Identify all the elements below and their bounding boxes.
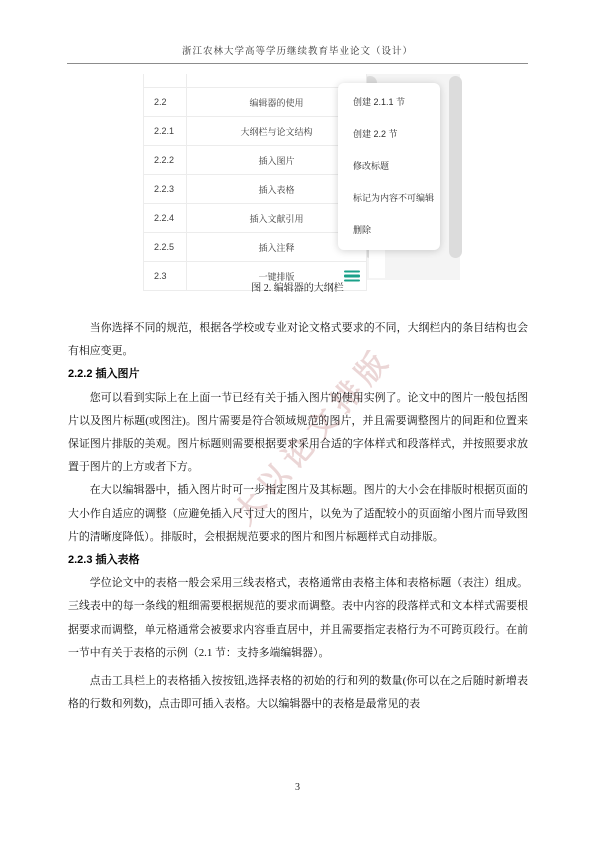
- menu-item-mark-noneditable: 标记为内容不可编辑: [338, 191, 440, 204]
- section-heading-insert-image: 2.2.2 插入图片: [68, 363, 528, 386]
- outline-row-number: 2.2.3: [144, 175, 187, 203]
- outline-row-number: 2.2: [144, 88, 187, 116]
- paragraph: 当你选择不同的规范，根据各学校或专业对论文格式要求的不同，大纲栏内的条目结构也会…: [68, 317, 528, 363]
- body-text: 当你选择不同的规范，根据各学校或专业对论文格式要求的不同，大纲栏内的条目结构也会…: [68, 317, 528, 716]
- outline-row-number: 2.2.4: [144, 204, 187, 232]
- context-menu: 创建 2.1.1 节 创建 2.2 节 修改标题 标记为内容不可编辑 删除: [338, 83, 440, 250]
- hidden-ui-fragment: [369, 250, 385, 278]
- menu-item-edit-title: 修改标题: [338, 159, 440, 172]
- outline-row: 2.2.4 插入文献引用: [144, 204, 366, 233]
- paragraph: 您可以看到实际上在上面一节已经有关于插入图片的使用实例了。论文中的图片一般包括图…: [68, 387, 528, 480]
- outline-row: 2.2.5 插入注释: [144, 233, 366, 262]
- outline-row-number: 2.2.1: [144, 117, 187, 145]
- paragraph: 学位论文中的表格一般会采用三线表格式，表格通常由表格主体和表格标题（表注）组成。…: [68, 572, 528, 665]
- document-page: 浙江农林大学高等学历继续教育毕业论文（设计） 2.2 编辑器的使用 2.2.1 …: [0, 0, 595, 842]
- outline-row: 2.2 编辑器的使用: [144, 88, 366, 117]
- outline-row-number: 2.2.2: [144, 146, 187, 174]
- menu-item-delete: 删除: [338, 223, 440, 236]
- outline-row-number: 2.2.5: [144, 233, 187, 261]
- outline-row-number: [144, 74, 187, 87]
- outline-row: 2.2.2 插入图片: [144, 146, 366, 175]
- outline-row-partial: [144, 74, 366, 88]
- menu-item-create-subsection: 创建 2.1.1 节: [338, 95, 440, 108]
- running-header: 浙江农林大学高等学历继续教育毕业论文（设计）: [67, 43, 528, 64]
- hidden-ui-fragment: [449, 76, 462, 258]
- paragraph: 点击工具栏上的表格插入按按钮,选择表格的初始的行和列的数量(你可以在之后随时新增…: [68, 670, 528, 716]
- section-heading-insert-table: 2.2.3 插入表格: [68, 549, 528, 572]
- outline-table: 2.2 编辑器的使用 2.2.1 大纲栏与论文结构 2.2.2 插入图片 2.2…: [143, 74, 367, 291]
- paragraph: 在大以编辑器中，插入图片时可一步指定图片及其标题。图片的大小会在排版时根据页面的…: [68, 479, 528, 549]
- page-number: 3: [0, 782, 595, 793]
- outline-row: 2.2.1 大纲栏与论文结构: [144, 117, 366, 146]
- figure-caption: 图 2. 编辑器的大纲栏: [0, 279, 595, 294]
- menu-item-create-section: 创建 2.2 节: [338, 127, 440, 140]
- outline-row: 2.2.3 插入表格: [144, 175, 366, 204]
- figure-editor-screenshot: 2.2 编辑器的使用 2.2.1 大纲栏与论文结构 2.2.2 插入图片 2.2…: [143, 74, 460, 285]
